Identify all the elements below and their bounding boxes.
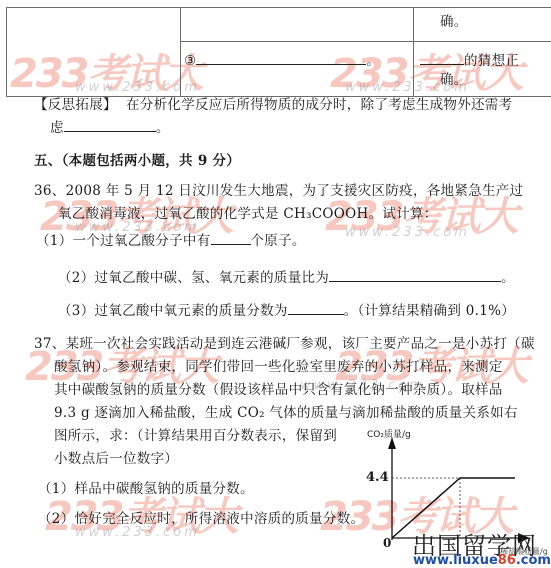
- question-37-line4: 9.3 g 逐滴加入稀盐酸，生成 CO₂ 气体的质量与滴加稀盐酸的质量关系如右: [54, 405, 518, 421]
- question-37-line6: 小数点后一位数字）: [54, 451, 178, 467]
- answer-blank[interactable]: [420, 52, 464, 65]
- watermark-logo: 233考试大: [10, 42, 202, 99]
- table-cell-text: 确。: [440, 72, 468, 88]
- table-border-left: [6, 7, 7, 97]
- question-36-sub2: （2）过氧乙酸中碳、氢、氧元素的质量比为。: [58, 269, 515, 286]
- table-divider-row: [180, 41, 551, 42]
- question-36-sub1: （1）一个过氧乙酸分子中有个原子。: [36, 232, 306, 249]
- table-divider-col2: [413, 7, 414, 97]
- watermark-url: www.233.com: [75, 525, 200, 540]
- watermark-logo: 233考试大: [330, 42, 522, 99]
- answer-blank[interactable]: [288, 302, 344, 315]
- y-tick-label: 4.4: [366, 470, 389, 485]
- question-36-line2: 氧乙酸消毒液，过氧乙酸的化学式是 CH₃COOOH。试计算：: [58, 206, 438, 222]
- answer-blank[interactable]: [64, 119, 156, 132]
- reflection-line2: 虑。: [50, 119, 170, 136]
- question-37-line1: 37、某班一次社会实践活动是到连云港碱厂参观，该厂主要产品之一是小苏打（碳: [34, 336, 535, 352]
- reflection-label: 【反思拓展】: [34, 97, 117, 113]
- question-36-sub3: （3）过氧乙酸中氧元素的质量分数为。（计算结果精确到 0.1%）: [58, 302, 515, 319]
- table-cell-blank-3: ③。: [184, 52, 380, 69]
- watermark-url: www.233.com: [75, 80, 200, 95]
- table-divider-col1: [180, 7, 181, 97]
- table-cell-text: 确。: [440, 14, 468, 30]
- question-36-line1: 36、2008 年 5 月 12 日汶川发生大地震，为了支援灾区防疫，各地紧急生…: [34, 183, 523, 199]
- section-heading: 五、（本题包括两小题，共 9 分）: [34, 153, 240, 169]
- reflection-line1: 【反思拓展】 在分析化学反应后所得物质的成分时，除了考虑生成物外还需考: [34, 97, 512, 113]
- site-watermark-url: www.liuxue86.com: [413, 553, 551, 568]
- answer-blank[interactable]: [211, 232, 251, 245]
- origin-label: 0: [383, 536, 391, 550]
- table-cell-guess: 的猜想正: [420, 52, 519, 69]
- question-37-line3: 其中碳酸氢钠的质量分数（假设该样品中只含有氯化钠一种杂质）。取样品: [54, 382, 503, 398]
- question-37-line5: 图所示，求：（计算结果用百分数表示，保留到: [54, 428, 337, 444]
- answer-blank[interactable]: [196, 52, 366, 65]
- circled-number: ③: [184, 53, 196, 69]
- question-37-sub1: （1）样品中碳酸氢钠的质量分数。: [38, 481, 254, 497]
- y-axis-label: CO₂质量/g: [367, 427, 411, 440]
- answer-blank[interactable]: [329, 269, 501, 282]
- watermark-url: www.233.com: [345, 225, 470, 240]
- question-37-line2: 酸氢钠）。参观结束，同学们带回一些化验室里废弃的小苏打样品，来测定: [54, 359, 503, 375]
- table-border-top: [6, 7, 551, 8]
- question-37-sub2: （2）恰好完全反应时，所得溶液中溶质的质量分数。: [38, 511, 364, 527]
